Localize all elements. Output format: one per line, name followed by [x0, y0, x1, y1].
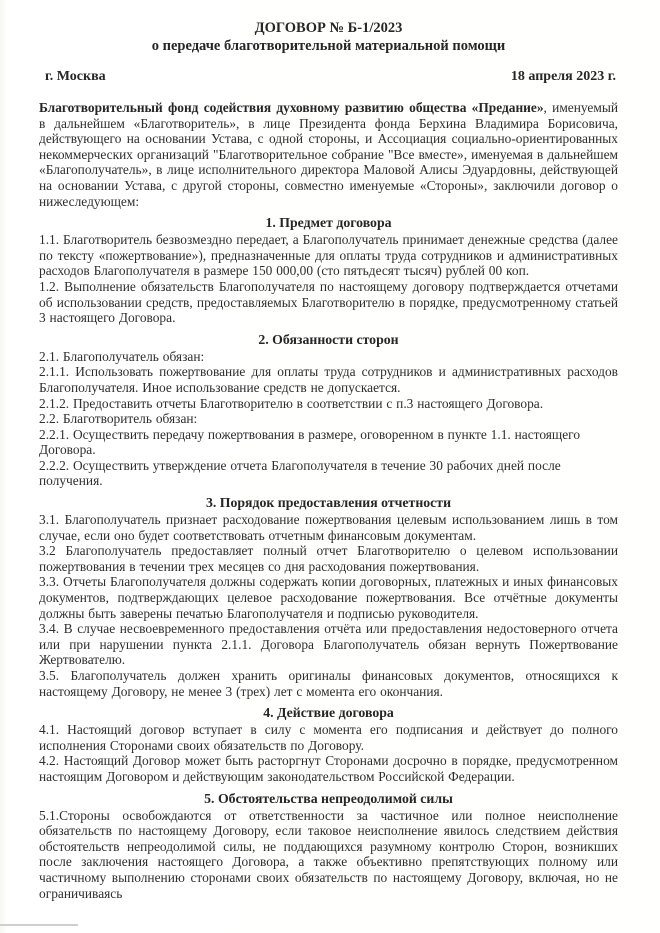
section-heading-3: 3. Порядок предоставления отчетности [39, 495, 618, 511]
document-city: г. Москва [45, 69, 106, 85]
document-title-line-1: ДОГОВОР № Б-1/2023 [39, 20, 618, 38]
clause-3-2: 3.2 Благополучатель предоставляет полный… [39, 543, 618, 574]
section-heading-2: 2. Обязанности сторон [39, 332, 618, 348]
section-heading-1: 1. Предмет договора [39, 215, 618, 231]
clause-3-3: 3.3. Отчеты Благополучателя должны содер… [39, 574, 618, 621]
clause-2-1: 2.1. Благополучатель обязан: [39, 349, 618, 365]
preamble-party-name: Благотворительный фонд содействия духовн… [39, 100, 544, 115]
clause-2-1-2: 2.1.2. Предоставить отчеты Благотворител… [39, 396, 618, 412]
document-title-line-2: о передаче благотворительной материально… [39, 38, 618, 56]
clause-2-2: 2.2. Благотворитель обязан: [39, 411, 618, 427]
preamble-text: , именуемый в дальнейшем «Благотворитель… [39, 100, 618, 209]
section-heading-4: 4. Действие договора [39, 705, 618, 721]
section-heading-5: 5. Обстоятельства непреодолимой силы [39, 791, 618, 807]
clause-2-2-1: 2.2.1. Осуществить передачу пожертвовани… [39, 427, 618, 458]
clause-2-1-1: 2.1.1. Использовать пожертвование для оп… [39, 364, 618, 395]
document-title: ДОГОВОР № Б-1/2023 о передаче благотвори… [39, 20, 618, 55]
document-page: ДОГОВОР № Б-1/2023 о передаче благотвори… [0, 0, 660, 933]
clause-4-1: 4.1. Настоящий договор вступает в силу с… [39, 722, 618, 753]
clause-4-2: 4.2. Настоящий Договор может быть растор… [39, 753, 618, 784]
clause-3-1: 3.1. Благополучатель признает расходован… [39, 512, 618, 543]
preamble-paragraph: Благотворительный фонд содействия духовн… [39, 100, 618, 209]
document-date: 18 апреля 2023 г. [511, 69, 616, 85]
clause-1-1: 1.1. Благотворитель безвозмездно передае… [39, 232, 618, 279]
clause-3-4: 3.4. В случае несвоевременного предостав… [39, 621, 618, 668]
meta-row: г. Москва 18 апреля 2023 г. [39, 69, 618, 85]
clause-2-2-2: 2.2.2. Осуществить утверждение отчета Бл… [39, 458, 618, 489]
clause-1-2: 1.2. Выполнение обязательств Благополуча… [39, 279, 618, 326]
scan-edge-artifact [0, 924, 78, 926]
clause-3-5: 3.5. Благополучатель должен хранить ориг… [39, 668, 618, 699]
clause-5-1: 5.1.Стороны освобождаются от ответственн… [39, 808, 618, 902]
